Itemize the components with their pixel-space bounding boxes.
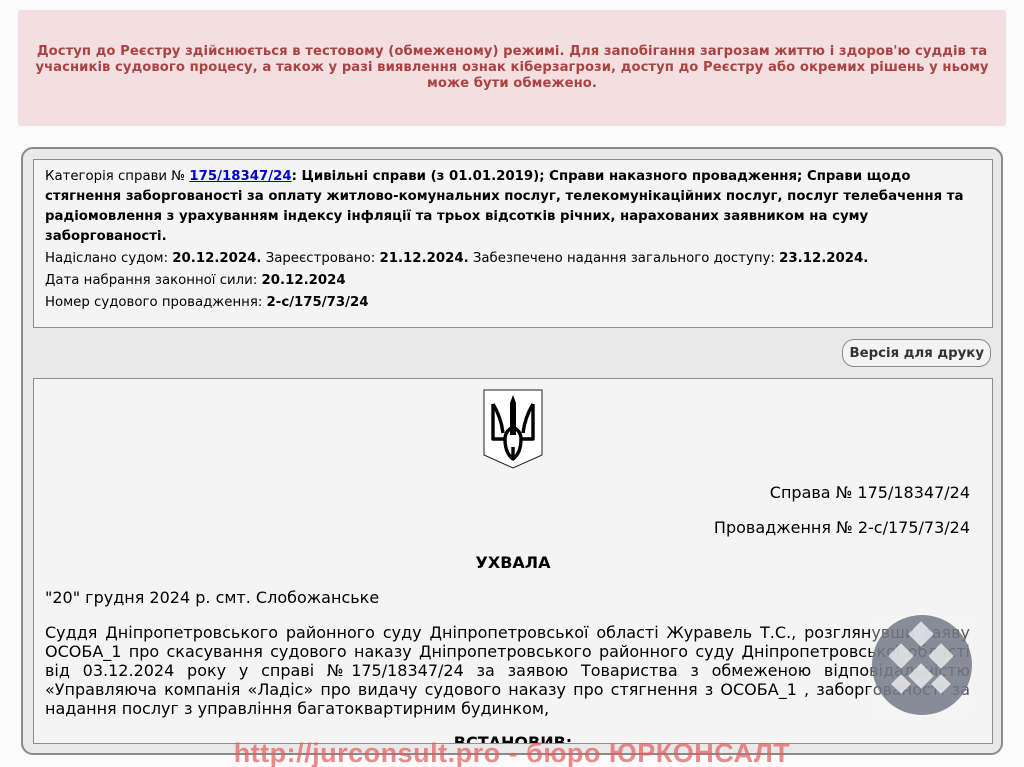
- puzzle-icon: [872, 615, 972, 715]
- proceeding-number-row: Номер судового провадження: 2-с/175/73/2…: [45, 293, 981, 313]
- registered-date: 21.12.2024.: [379, 251, 468, 266]
- effective-label: Дата набрання законної сили:: [45, 273, 262, 288]
- sent-date: 20.12.2024.: [172, 251, 261, 266]
- case-info-panel: Категорія справи № 175/18347/24: Цивільн…: [33, 159, 993, 328]
- access-warning-banner: Доступ до Реєстру здійснюється в тестово…: [18, 10, 1006, 126]
- date-and-place: "20" грудня 2024 р. смт. Слобожанське: [45, 588, 379, 607]
- chat-widget-icon: [872, 615, 972, 715]
- proceeding-number-heading: Провадження № 2-с/175/73/24: [714, 518, 970, 537]
- effective-date-row: Дата набрання законної сили: 20.12.2024: [45, 271, 981, 291]
- effective-date: 20.12.2024: [262, 273, 346, 288]
- public-access-label: Забезпечено надання загального доступу:: [469, 251, 780, 266]
- case-number-link[interactable]: 175/18347/24: [189, 169, 291, 184]
- proceeding-number: 2-с/175/73/24: [267, 295, 369, 310]
- proceeding-label: Номер судового провадження:: [45, 295, 267, 310]
- document-title: УХВАЛА: [34, 553, 992, 572]
- decision-container: Категорія справи № 175/18347/24: Цивільн…: [21, 147, 1003, 755]
- registered-label: Зареєстровано:: [261, 251, 379, 266]
- case-dates: Надіслано судом: 20.12.2024. Зареєстрова…: [45, 249, 981, 269]
- chat-widget-button[interactable]: [871, 614, 973, 716]
- sent-label: Надіслано судом:: [45, 251, 172, 266]
- watermark-link[interactable]: http://jurconsult.pro - бюро ЮРКОНСАЛТ: [0, 742, 1024, 764]
- access-warning-text: Доступ до Реєстру здійснюється в тестово…: [34, 44, 990, 92]
- decision-body: Суддя Дніпропетровського районного суду …: [45, 623, 970, 718]
- case-number: Справа № 175/18347/24: [770, 483, 970, 502]
- public-access-date: 23.12.2024.: [779, 251, 868, 266]
- coat-of-arms-icon: [483, 389, 543, 469]
- category-label: Категорія справи №: [45, 169, 189, 184]
- decision-document: Справа № 175/18347/24 Провадження № 2-с/…: [33, 378, 993, 744]
- print-version-button[interactable]: Версія для друку: [842, 339, 991, 367]
- case-category: Категорія справи № 175/18347/24: Цивільн…: [45, 167, 981, 247]
